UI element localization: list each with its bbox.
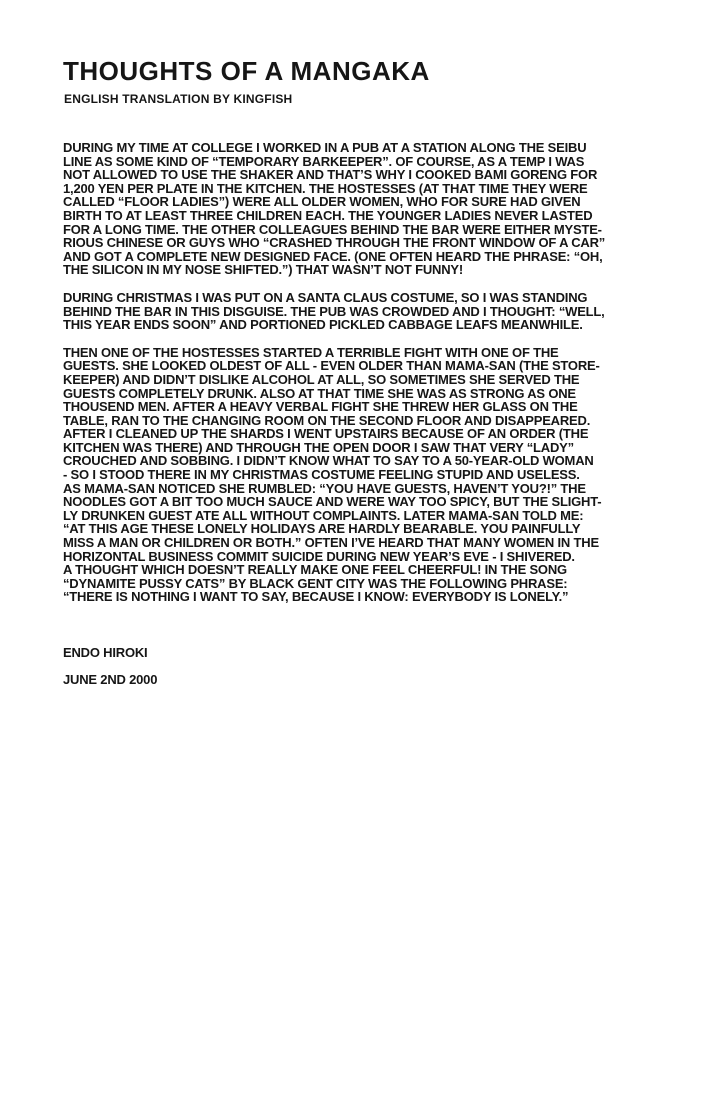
manga-text-page: THOUGHTS OF A MANGAKA ENGLISH TRANSLATIO…: [0, 0, 712, 1100]
signature-block: ENDO HIROKI JUNE 2ND 2000: [63, 632, 667, 700]
paragraph-pub-job: DURING MY TIME AT COLLEGE I WORKED IN A …: [63, 141, 667, 277]
page-title: THOUGHTS OF A MANGAKA: [63, 58, 430, 84]
signature-date: JUNE 2ND 2000: [63, 673, 667, 687]
paragraph-hostess-fight: THEN ONE OF THE HOSTESSES STARTED A TERR…: [63, 346, 667, 604]
paragraph-christmas: DURING CHRISTMAS I WAS PUT ON A SANTA CL…: [63, 291, 667, 332]
author-name: ENDO HIROKI: [63, 646, 667, 660]
translation-credit: ENGLISH TRANSLATION BY KINGFISH: [64, 93, 292, 105]
article-body: DURING MY TIME AT COLLEGE I WORKED IN A …: [63, 141, 667, 700]
